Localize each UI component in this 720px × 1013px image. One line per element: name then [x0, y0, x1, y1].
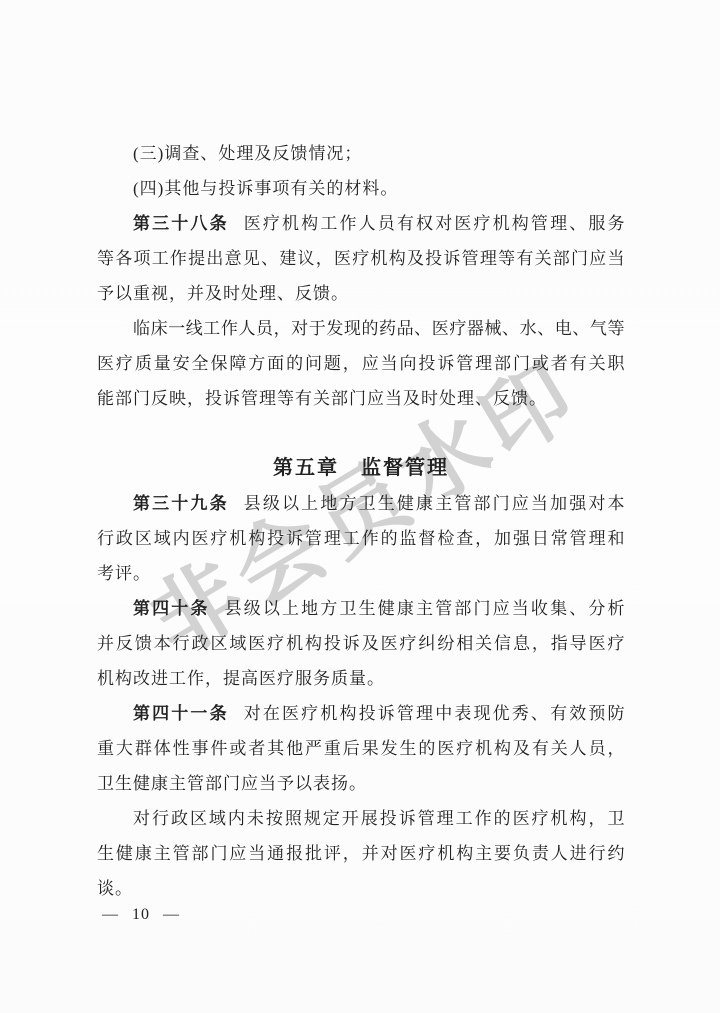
- text-line: 卫生健康主管部门应当予以表扬。: [97, 766, 625, 801]
- line-text: 县级以上地方卫生健康主管部门应当收集、分析: [225, 599, 625, 618]
- line-text: 医疗质量安全保障方面的问题，应当向投诉管理部门或者有关职: [97, 354, 625, 373]
- text-line: 对行政区域内未按照规定开展投诉管理工作的医疗机构，卫: [97, 801, 625, 836]
- page-number: — 10 —: [102, 906, 180, 924]
- line-text: 并反馈本行政区域医疗机构投诉及医疗纠纷相关信息，指导医疗: [97, 634, 625, 653]
- line-text: 谈。: [97, 879, 133, 898]
- chapter-heading: 第五章 监督管理: [97, 451, 625, 486]
- text-line: 第三十九条县级以上地方卫生健康主管部门应当加强对本: [97, 486, 625, 521]
- line-text: 县级以上地方卫生健康主管部门应当加强对本: [244, 494, 625, 513]
- document-body: (三)调查、处理及反馈情况； (四)其他与投诉事项有关的材料。 第三十八条医疗机…: [97, 136, 625, 906]
- line-text: 对行政区域内未按照规定开展投诉管理工作的医疗机构，卫: [133, 809, 625, 828]
- article-number: 第三十九条: [133, 494, 229, 513]
- line-text: 临床一线工作人员，对于发现的药品、医疗器械、水、电、气等: [133, 319, 625, 338]
- document-page: 非会员水印 (三)调查、处理及反馈情况； (四)其他与投诉事项有关的材料。 第三…: [0, 0, 720, 1013]
- text-line: 第三十八条医疗机构工作人员有权对医疗机构管理、服务: [97, 206, 625, 241]
- line-text: 卫生健康主管部门应当予以表扬。: [97, 774, 367, 793]
- line-text: 机构改进工作，提高医疗服务质量。: [97, 669, 385, 688]
- text-line: 考评。: [97, 556, 625, 591]
- text-line: 予以重视，并及时处理、反馈。: [97, 276, 625, 311]
- text-line: 第四十一条对在医疗机构投诉管理中表现优秀、有效预防: [97, 696, 625, 731]
- line-text: 重大群体性事件或者其他严重后果发生的医疗机构及有关人员，: [97, 739, 625, 758]
- text-line: 机构改进工作，提高医疗服务质量。: [97, 661, 625, 696]
- text-line: 医疗质量安全保障方面的问题，应当向投诉管理部门或者有关职: [97, 346, 625, 381]
- line-text: 予以重视，并及时处理、反馈。: [97, 284, 349, 303]
- text-line: 重大群体性事件或者其他严重后果发生的医疗机构及有关人员，: [97, 731, 625, 766]
- line-text: 生健康主管部门应当通报批评，并对医疗机构主要负责人进行约: [97, 844, 625, 863]
- line-text: 等各项工作提出意见、建议，医疗机构及投诉管理等有关部门应当: [97, 249, 625, 268]
- line-text: (三)调查、处理及反馈情况；: [133, 144, 362, 163]
- text-line: 并反馈本行政区域医疗机构投诉及医疗纠纷相关信息，指导医疗: [97, 626, 625, 661]
- line-text: 能部门反映，投诉管理等有关部门应当及时处理、反馈。: [97, 389, 547, 408]
- text-line: (四)其他与投诉事项有关的材料。: [97, 171, 625, 206]
- article-number: 第四十一条: [133, 704, 229, 723]
- text-line: (三)调查、处理及反馈情况；: [97, 136, 625, 171]
- article-number: 第四十条: [133, 599, 210, 618]
- text-line: 临床一线工作人员，对于发现的药品、医疗器械、水、电、气等: [97, 311, 625, 346]
- text-line: 等各项工作提出意见、建议，医疗机构及投诉管理等有关部门应当: [97, 241, 625, 276]
- line-text: (四)其他与投诉事项有关的材料。: [133, 179, 398, 198]
- text-line: 生健康主管部门应当通报批评，并对医疗机构主要负责人进行约: [97, 836, 625, 871]
- text-line: 行政区域内医疗机构投诉管理工作的监督检查，加强日常管理和: [97, 521, 625, 556]
- text-line: 谈。: [97, 871, 625, 906]
- line-text: 医疗机构工作人员有权对医疗机构管理、服务: [244, 214, 625, 233]
- article-number: 第三十八条: [133, 214, 229, 233]
- line-text: 行政区域内医疗机构投诉管理工作的监督检查，加强日常管理和: [97, 529, 625, 548]
- line-text: 考评。: [97, 564, 151, 583]
- text-line: 能部门反映，投诉管理等有关部门应当及时处理、反馈。: [97, 381, 625, 416]
- text-line: 第四十条县级以上地方卫生健康主管部门应当收集、分析: [97, 591, 625, 626]
- line-text: 对在医疗机构投诉管理中表现优秀、有效预防: [244, 704, 625, 723]
